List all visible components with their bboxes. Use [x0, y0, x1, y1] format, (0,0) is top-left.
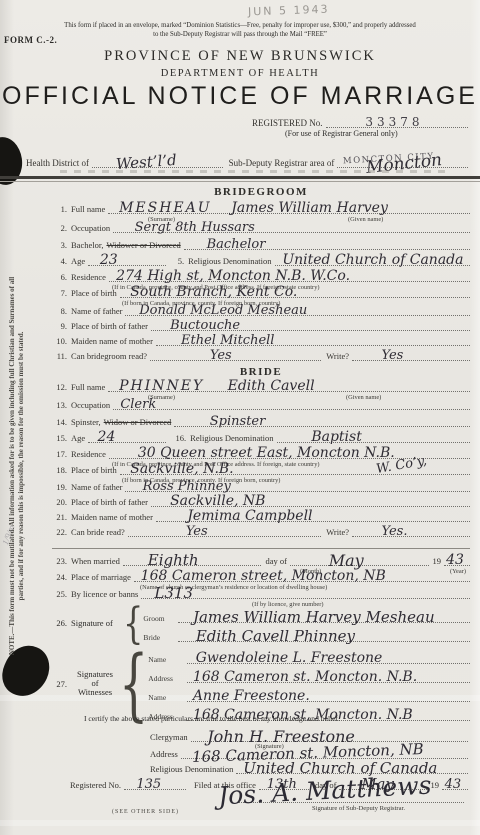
place-of-marriage-label: Place of marriage — [71, 572, 131, 582]
field-number: 17. — [52, 449, 67, 459]
field-number: 4. — [52, 256, 67, 266]
can-write-label: Write? — [326, 351, 349, 361]
bride-status-value: Spinster — [210, 415, 266, 428]
groom-label: Groom — [143, 614, 175, 623]
clergyman-label: Clergyman — [150, 732, 188, 742]
field-number: 15. — [52, 433, 67, 443]
mother-name-label: Maiden name of mother — [71, 336, 153, 346]
filed-year-line: 43 — [442, 777, 468, 790]
clergyman-signature-line: John H. Freestone — [191, 729, 468, 742]
groom-religion-value: United Church of Canada — [282, 254, 463, 267]
can-write-label: Write? — [326, 527, 349, 537]
groom-signature-line: James William Harvey Mesheau — [178, 610, 470, 623]
groom-given-name-value: James William Harvey — [231, 202, 388, 215]
father-name-label: Name of father — [71, 306, 122, 316]
year-19-label: 19 — [431, 780, 440, 790]
groom-mother-value: Ethel Mitchell — [181, 334, 274, 347]
year-line: 43 — [444, 553, 470, 566]
when-married-line: Eighth — [123, 553, 262, 566]
mother-name-label: Maiden name of mother — [71, 512, 153, 522]
bride-heading: BRIDE — [52, 366, 470, 378]
groom-father-birthplace-value: Buctouche — [170, 319, 240, 332]
see-other-side-note: (SEE OTHER SIDE) — [112, 809, 179, 815]
divider-rule — [52, 548, 470, 549]
paper-right-edge — [470, 0, 480, 835]
bride-can-write-line: Yes. — [352, 524, 470, 537]
licence-line: L313 — [141, 586, 470, 599]
clergyman-religion-line: United Church of Canada — [236, 761, 468, 774]
province-title: PROVINCE OF NEW BRUNSWICK — [0, 48, 480, 65]
signature-of-block: 26. Signature of { Groom James William H… — [52, 604, 470, 642]
footer-registered-value: 135 — [136, 778, 161, 791]
witnesses-label-line3: Witnesses — [78, 687, 112, 697]
bride-signature-value: Edith Cavell Phinney — [196, 630, 355, 643]
month-value: May — [329, 554, 364, 567]
field-number: 24. — [52, 572, 67, 582]
groom-surname-value: MESHEAU — [119, 202, 211, 215]
bride-status-line: Spinster — [174, 414, 470, 427]
filed-year-value: 43 — [445, 778, 462, 791]
bridegroom-heading: BRIDEGROOM — [52, 186, 470, 198]
groom-age-value: 23 — [100, 254, 118, 267]
bride-father-birthplace-value: Sackville, NB — [170, 495, 265, 508]
bride-age-line: 24 — [88, 430, 166, 443]
bride-signature-line: Edith Cavell Phinney — [178, 629, 470, 642]
age-label: Age — [71, 433, 85, 443]
groom-full-name-line: MESHEAU James William Harvey — [108, 201, 470, 214]
when-married-label: When married — [71, 556, 120, 566]
field-number: 3. — [52, 240, 67, 250]
brace-glyph: { — [119, 644, 148, 722]
section-rule-light — [0, 181, 480, 182]
spinster-label-struck: Widow or Divorced — [104, 417, 172, 427]
full-name-label: Full name — [71, 204, 105, 214]
residence-label: Residence — [71, 449, 106, 459]
field-number: 9. — [52, 321, 67, 331]
groom-can-read-value: Yes — [210, 349, 232, 362]
bachelor-label-struck: Widower or Divorced — [106, 240, 180, 250]
health-district-label: Health District of — [26, 158, 89, 168]
bride-occupation-line: Clerk — [113, 397, 470, 410]
groom-religion-line: United Church of Canada — [275, 253, 470, 266]
field-number: 25. — [52, 589, 67, 599]
health-district-value: West’l’d — [115, 154, 176, 171]
field-number: 1. — [52, 204, 67, 214]
date-received-stamp: JUN 5 1943 — [248, 3, 330, 19]
birthplace-label: Place of birth — [71, 465, 117, 475]
bride-age-value: 24 — [98, 431, 116, 444]
field-number: 7. — [52, 288, 67, 298]
bride-mother-value: Jemima Campbell — [187, 510, 312, 523]
father-name-label: Name of father — [71, 482, 122, 492]
field-number: 16. — [166, 433, 186, 443]
witness2-name-line: Anne Freestone. — [187, 689, 470, 702]
groom-occupation-line: Sergt 8th Hussars — [113, 220, 470, 233]
occupation-label: Occupation — [71, 223, 110, 233]
groom-status-line: Bachelor — [184, 237, 470, 250]
witness-name-label: Name — [148, 693, 184, 702]
sub-deputy-label: Sub-Deputy Registrar area of — [229, 158, 335, 168]
field-number: 5. — [166, 256, 184, 266]
clergyman-religion-label: Religious Denomination — [150, 764, 233, 774]
bachelor-label: Bachelor, — [71, 240, 103, 250]
field-number: 2. — [52, 223, 67, 233]
field-number: 26. — [52, 618, 67, 628]
groom-father-birthplace-line: Buctouche — [151, 318, 470, 331]
field-number: 27. — [52, 679, 67, 689]
form-number: FORM C.-2. — [4, 35, 57, 45]
bride-surname-value: PHINNEY — [119, 380, 204, 393]
father-birthplace-label: Place of birth of father — [71, 321, 148, 331]
footer-registered-label: Registered No. — [70, 780, 121, 790]
groom-birthplace-line: South Branch, Kent Co. — [120, 285, 470, 298]
witness1-address-line: 168 Cameron st. Moncton. N.B. — [187, 670, 470, 683]
field-number: 10. — [52, 336, 67, 346]
witness1-name-value: Gwendoleine L. Freestone — [196, 652, 383, 665]
certify-statement: I certify the above stated particulars a… — [84, 714, 340, 723]
bride-full-name-line: PHINNEY Edith Cavell — [108, 379, 470, 392]
groom-occupation-value: Sergt 8th Hussars — [135, 221, 255, 234]
smudged-rule — [60, 170, 450, 173]
groom-residence-line: 274 High st, Moncton N.B. W.Co. — [109, 269, 470, 282]
field-number: 19. — [52, 482, 67, 492]
field-number: 20. — [52, 497, 67, 507]
residence-label: Residence — [71, 272, 106, 282]
footer-registered-line: 135 — [124, 777, 186, 790]
field-number: 8. — [52, 306, 67, 316]
field-number: 13. — [52, 400, 67, 410]
licence-number-value: L313 — [154, 587, 193, 600]
witness1-name-line: Gwendoleine L. Freestone — [187, 651, 470, 664]
witness2-name-value: Anne Freestone. — [193, 690, 310, 703]
month-line: May — [290, 553, 429, 566]
signature-of-label: Signature of — [71, 618, 123, 628]
day-of-label: day of — [265, 556, 286, 566]
bride-father-value: Ross Phinney — [143, 480, 231, 493]
witness-name-label: Name — [148, 655, 184, 664]
field-number: 18. — [52, 465, 67, 475]
margin-note-line1: NOTE.—This form must not be mutilated. A… — [8, 238, 17, 694]
mail-notice-line1: This form if placed in an envelope, mark… — [0, 22, 480, 29]
occupation-label: Occupation — [71, 400, 110, 410]
section-rule-heavy — [0, 176, 480, 179]
groom-can-read-line: Yes — [150, 348, 321, 361]
year-19-label: 19 — [433, 556, 442, 566]
field-number: 21. — [52, 512, 67, 522]
groom-father-line: Donald McLeod Mesheau — [125, 303, 470, 316]
field-number: 11. — [52, 351, 67, 361]
field-number: 6. — [52, 272, 67, 282]
bride-father-line: Ross Phinney — [125, 479, 470, 492]
when-married-value: Eighth — [148, 554, 199, 567]
religion-label: Religious Denomination — [190, 433, 273, 443]
bride-given-name-value: Edith Cavell — [228, 380, 315, 393]
groom-signature-value: James William Harvey Mesheau — [193, 611, 435, 624]
margin-note: NOTE.—This form must not be mutilated. A… — [8, 238, 26, 694]
registered-no-label: REGISTERED No. — [252, 118, 323, 128]
witnesses-block: 27. Signatures of Witnesses { Name Gwend… — [52, 646, 470, 721]
groom-residence-value: 274 High st, Moncton N.B. W.Co. — [116, 270, 350, 283]
registrar-only-note: (For use of Registrar General only) — [285, 129, 398, 138]
marriage-notice-document: NOTE.—This form must not be mutilated. A… — [0, 0, 480, 835]
bride-father-birthplace-line: Sackville, NB — [151, 494, 470, 507]
scan-streak — [0, 820, 480, 826]
bride-birthplace-value: Sackville, N.B. — [130, 463, 233, 476]
groom-birthplace-value: South Branch, Kent Co. — [130, 286, 297, 299]
religion-label: Religious Denomination — [188, 256, 271, 266]
bride-occupation-value: Clerk — [120, 398, 156, 411]
year-value: 43 — [446, 554, 464, 567]
clergyman-signature-value: John H. Freestone — [207, 730, 355, 743]
age-label: Age — [71, 256, 85, 266]
father-birthplace-label: Place of birth of father — [71, 497, 148, 507]
place-of-marriage-line: 168 Cameron street, Moncton, NB — [134, 569, 470, 582]
clergyman-address-line: 168 Cameron st. Moncton, NB — [181, 746, 468, 759]
witness1-address-value: 168 Cameron st. Moncton. N.B. — [193, 671, 417, 684]
field-number: 14. — [52, 417, 67, 427]
mail-notice-line2: to the Sub-Deputy Registrar will pass th… — [0, 31, 480, 38]
health-district-line: West’l’d — [92, 155, 223, 168]
bride-mother-line: Jemima Campbell — [156, 509, 470, 522]
field-number: 12. — [52, 382, 67, 392]
field-number: 22. — [52, 527, 67, 537]
bride-can-read-line: Yes — [128, 524, 321, 537]
bride-residence-value: 30 Queen street East, Moncton N.B. — [138, 447, 395, 460]
witness-address-label: Address — [148, 674, 184, 683]
groom-status-value: Bachelor — [207, 238, 266, 251]
sub-deputy-line: MONCTON CITY Moncton — [337, 155, 468, 168]
bride-label: Bride — [143, 633, 175, 642]
place-of-marriage-value: 168 Cameron street, Moncton, NB — [141, 570, 386, 583]
groom-can-write-line: Yes — [352, 348, 470, 361]
groom-father-value: Donald McLeod Mesheau — [139, 304, 307, 317]
can-read-label: Can bridegroom read? — [71, 351, 147, 361]
groom-can-write-value: Yes — [382, 349, 404, 362]
field-number: 23. — [52, 556, 67, 566]
bride-birthplace-line: Sackville, N.B. — [120, 462, 470, 475]
clergyman-address-label: Address — [150, 749, 178, 759]
spinster-label: Spinster, — [71, 417, 101, 427]
full-name-label: Full name — [71, 382, 105, 392]
groom-age-line: 23 — [88, 253, 166, 266]
birthplace-label: Place of birth — [71, 288, 117, 298]
bride-religion-value: Baptist — [311, 431, 362, 444]
margin-note-line2: parties, and if for any reason this is i… — [17, 238, 26, 694]
bride-religion-line: Baptist — [277, 430, 470, 443]
bride-can-write-value: Yes. — [382, 525, 408, 538]
registered-no-value: 33378 — [365, 116, 423, 129]
groom-mother-line: Ethel Mitchell — [156, 333, 470, 346]
department-title: DEPARTMENT OF HEALTH — [0, 68, 480, 79]
registered-no-line: 33378 — [326, 115, 469, 128]
bride-can-read-value: Yes — [186, 525, 208, 538]
registrar-signature-caption: Signature of Sub-Deputy Registrar. — [312, 805, 405, 812]
can-read-label: Can bride read? — [71, 527, 125, 537]
page-title: OFFICIAL NOTICE OF MARRIAGE — [0, 82, 480, 111]
hole-punch — [0, 135, 25, 188]
